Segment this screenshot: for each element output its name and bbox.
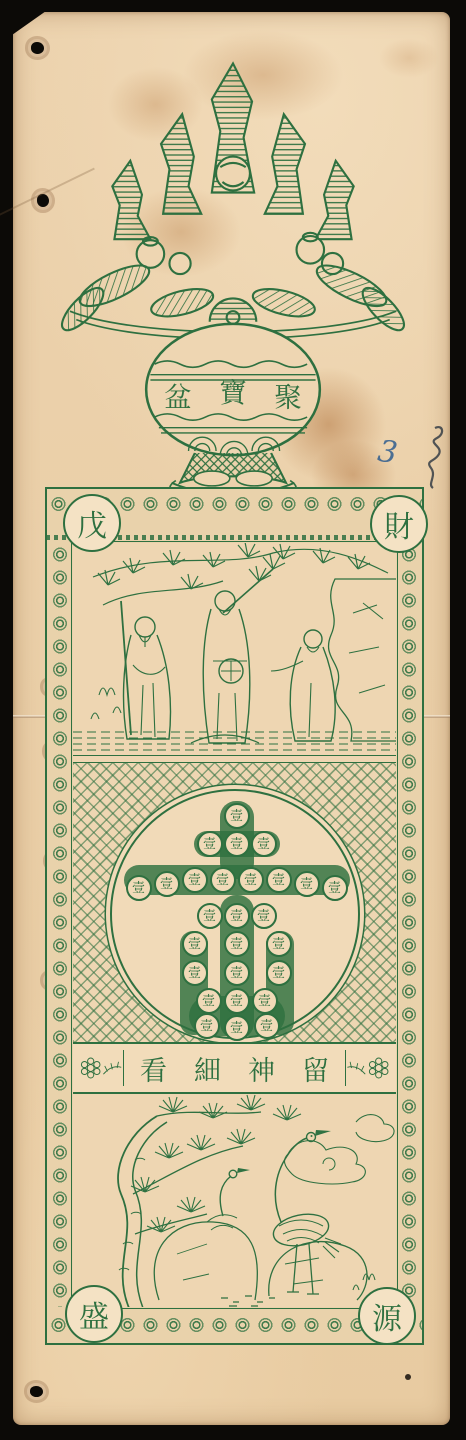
caption-char: 留 — [302, 1049, 329, 1088]
coin: 壹 — [196, 988, 222, 1014]
coin: 壹 — [266, 867, 292, 893]
sprig-icon — [102, 1051, 123, 1085]
coin: 壹 — [224, 831, 250, 857]
medallion-char: 盛 — [79, 1292, 109, 1336]
medallion-char: 戊 — [77, 501, 107, 545]
sprig-icon — [346, 1051, 367, 1085]
medallion-char: 源 — [372, 1294, 402, 1338]
coin: 壹 — [224, 988, 250, 1014]
punch-hole — [30, 1386, 43, 1397]
coin: 壹 — [252, 988, 278, 1014]
torn-corner — [12, 11, 46, 35]
caption-char: 看 — [140, 1049, 167, 1088]
banknote-paper: 3 — [13, 12, 450, 1425]
coin: 壹 — [251, 903, 277, 929]
coin: 壹 — [224, 1015, 250, 1041]
vase-char: 聚 — [274, 381, 302, 413]
coin: 壹 — [238, 867, 264, 893]
corner-medallion-top-left: 戊 — [63, 494, 121, 552]
coin: 壹 — [154, 871, 180, 897]
coin: 壹 — [182, 867, 208, 893]
coin: 壹 — [224, 931, 250, 957]
frame-content: 壹壹壹壹壹壹壹壹壹壹壹壹壹壹壹壹壹壹壹壹壹壹壹壹壹壹壹 — [73, 543, 396, 1307]
caption-char: 細 — [194, 1049, 221, 1088]
coin: 壹 — [266, 931, 292, 957]
main-frame: 壹壹壹壹壹壹壹壹壹壹壹壹壹壹壹壹壹壹壹壹壹壹壹壹壹壹壹 — [45, 487, 424, 1345]
vase-char: 寶 — [219, 377, 247, 409]
corner-medallion-top-right: 財 — [370, 495, 428, 553]
coin: 壹 — [322, 875, 348, 901]
coin: 壹 — [294, 871, 320, 897]
coin: 壹 — [197, 831, 223, 857]
immortals-scene — [73, 543, 396, 755]
coin: 壹 — [126, 875, 152, 901]
punch-hole — [31, 42, 44, 54]
border-ornament-right — [395, 543, 422, 1307]
rosette-icon — [79, 1051, 102, 1085]
caption-band: 看 細 神 留 — [73, 1042, 396, 1094]
immortals-panel — [73, 543, 396, 755]
coin: 壹 — [182, 931, 208, 957]
scan-background: 3 — [0, 0, 466, 1440]
panel-divider — [73, 755, 396, 763]
coin: 壹 — [210, 867, 236, 893]
coin: 壹 — [254, 1013, 280, 1039]
denomination-circle: 壹壹壹壹壹壹壹壹壹壹壹壹壹壹壹壹壹壹壹壹壹壹壹壹壹壹壹 — [110, 789, 360, 1039]
medallion-char: 財 — [384, 502, 414, 546]
rosette-icon — [367, 1051, 390, 1085]
ink-scribble — [413, 422, 449, 492]
coin: 壹 — [224, 803, 250, 829]
coin: 壹 — [182, 960, 208, 986]
corner-medallion-bottom-left: 盛 — [65, 1285, 123, 1343]
coin: 壹 — [224, 960, 250, 986]
cranes-scene — [73, 1094, 396, 1307]
coin: 壹 — [224, 903, 250, 929]
caption-text: 看 細 神 留 — [123, 1050, 346, 1086]
corner-medallion-bottom-right: 源 — [358, 1287, 416, 1345]
denomination-panel: 壹壹壹壹壹壹壹壹壹壹壹壹壹壹壹壹壹壹壹壹壹壹壹壹壹壹壹 — [73, 763, 396, 1042]
coin-cluster: 壹壹壹壹壹壹壹壹壹壹壹壹壹壹壹壹壹壹壹壹壹壹壹壹壹壹壹 — [112, 791, 358, 1037]
border-ornament-left — [47, 543, 74, 1307]
coin: 壹 — [197, 903, 223, 929]
vase-char: 盆 — [164, 381, 192, 413]
coin: 壹 — [266, 960, 292, 986]
treasure-bowl-illustration: 盆 寶 聚 — [53, 57, 413, 487]
caption-char: 神 — [248, 1049, 275, 1088]
coin: 壹 — [251, 831, 277, 857]
coin: 壹 — [194, 1013, 220, 1039]
cranes-panel — [73, 1094, 396, 1307]
ink-speck — [405, 1374, 411, 1380]
